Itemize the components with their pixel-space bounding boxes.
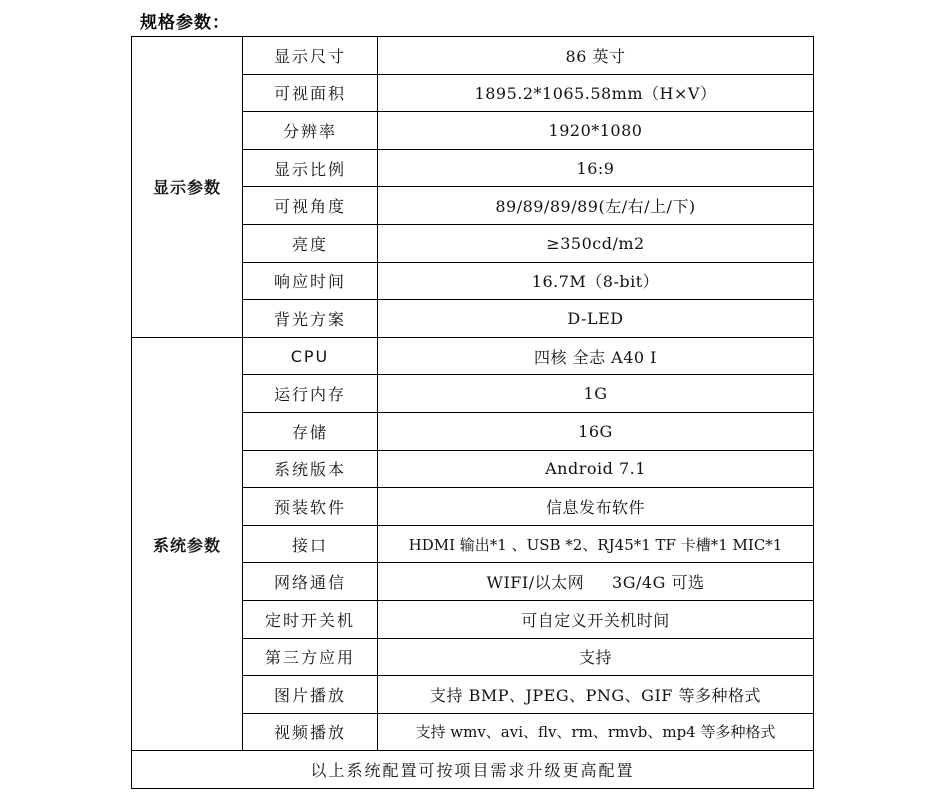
spec-value: 支持 BMP、JPEG、PNG、GIF 等多种格式 — [378, 676, 814, 714]
spec-label: 图片播放 — [243, 676, 378, 714]
spec-value: 信息发布软件 — [378, 488, 814, 526]
spec-value: D-LED — [378, 300, 814, 338]
spec-label: 网络通信 — [243, 563, 378, 601]
spec-value: 89/89/89/89(左/右/上/下) — [378, 187, 814, 225]
spec-value: 86 英寸 — [378, 37, 814, 75]
spec-label: 响应时间 — [243, 262, 378, 300]
spec-label: CPU — [243, 337, 378, 375]
table-row: 系统参数 CPU 四核 全志 A40 I — [132, 337, 814, 375]
spec-value: ≥350cd/m2 — [378, 224, 814, 262]
spec-value: 16:9 — [378, 149, 814, 187]
spec-value: 1G — [378, 375, 814, 413]
group-title-display: 显示参数 — [132, 37, 243, 338]
spec-value: 支持 — [378, 638, 814, 676]
section-heading: 规格参数： — [140, 8, 230, 33]
spec-label: 显示尺寸 — [243, 37, 378, 75]
spec-value: 16.7M（8-bit） — [378, 262, 814, 300]
spec-value: 1920*1080 — [378, 112, 814, 150]
spec-table: 显示参数 显示尺寸 86 英寸 可视面积 1895.2*1065.58mm（H×… — [131, 36, 814, 789]
spec-value: 可自定义开关机时间 — [378, 600, 814, 638]
spec-label: 可视角度 — [243, 187, 378, 225]
table-row: 显示参数 显示尺寸 86 英寸 — [132, 37, 814, 75]
spec-label: 存储 — [243, 412, 378, 450]
spec-label: 显示比例 — [243, 149, 378, 187]
spec-value: 四核 全志 A40 I — [378, 337, 814, 375]
table-row-footer: 以上系统配置可按项目需求升级更高配置 — [132, 751, 814, 789]
spec-label: 第三方应用 — [243, 638, 378, 676]
group-title-system: 系统参数 — [132, 337, 243, 751]
spec-label: 背光方案 — [243, 300, 378, 338]
spec-label: 可视面积 — [243, 74, 378, 112]
footer-note: 以上系统配置可按项目需求升级更高配置 — [132, 751, 814, 789]
spec-label: 分辨率 — [243, 112, 378, 150]
spec-value: 16G — [378, 412, 814, 450]
spec-label: 系统版本 — [243, 450, 378, 488]
spec-value: HDMI 输出*1 、USB *2、RJ45*1 TF 卡槽*1 MIC*1 — [378, 525, 814, 563]
spec-value: Android 7.1 — [378, 450, 814, 488]
spec-value: WIFI/以太网 3G/4G 可选 — [378, 563, 814, 601]
spec-label: 亮度 — [243, 224, 378, 262]
spec-label: 预装软件 — [243, 488, 378, 526]
spec-value: 1895.2*1065.58mm（H×V） — [378, 74, 814, 112]
spec-label: 接口 — [243, 525, 378, 563]
spec-label: 运行内存 — [243, 375, 378, 413]
spec-label: 视频播放 — [243, 713, 378, 751]
spec-label: 定时开关机 — [243, 600, 378, 638]
spec-value: 支持 wmv、avi、flv、rm、rmvb、mp4 等多种格式 — [378, 713, 814, 751]
